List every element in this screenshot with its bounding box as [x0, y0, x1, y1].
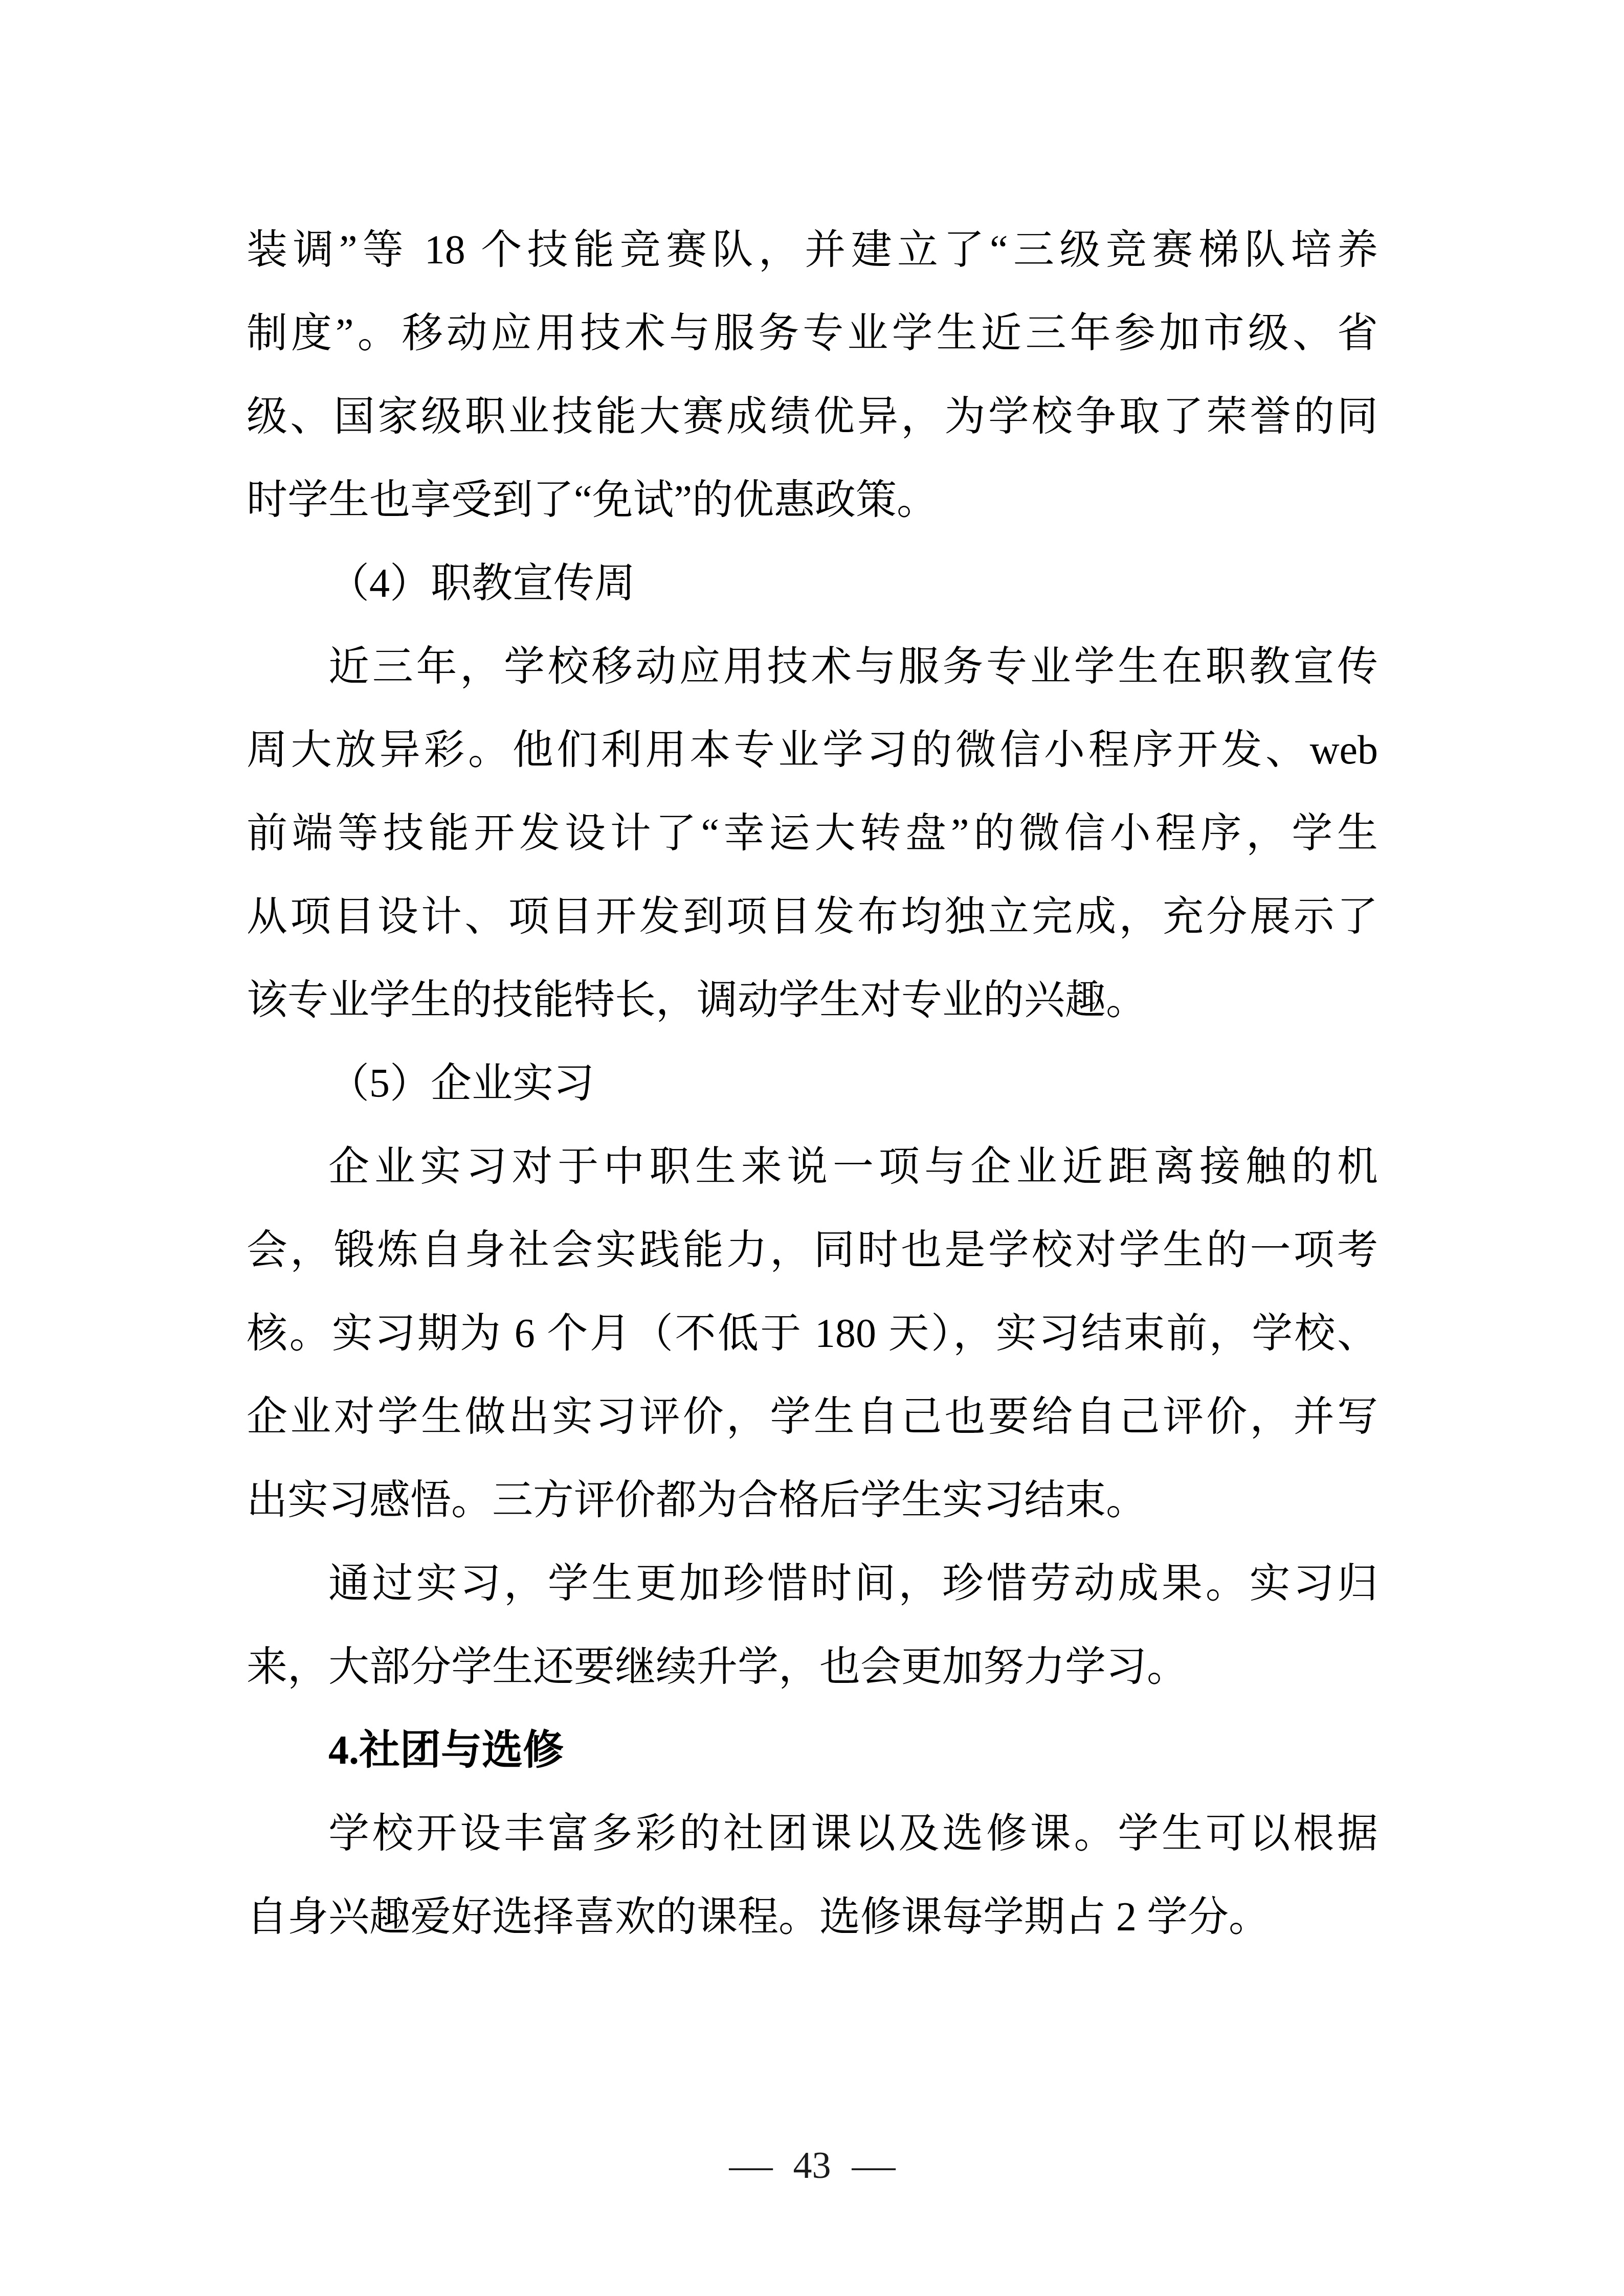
text-line: 时学生也享受到了“免试”的优惠政策。 — [247, 459, 1378, 542]
paragraph: 装调”等 18 个技能竞赛队，并建立了“三级竞赛梯队培养制度”。移动应用技术与服… — [247, 209, 1378, 542]
text-line: 会，锻炼自身社会实践能力，同时也是学校对学生的一项考 — [247, 1209, 1378, 1292]
text-line: 前端等技能开发设计了“幸运大转盘”的微信小程序，学生 — [247, 792, 1378, 875]
paragraph: 通过实习，学生更加珍惜时间，珍惜劳动成果。实习归来，大部分学生还要继续升学，也会… — [247, 1542, 1378, 1709]
page-footer: — 43 — — [0, 2137, 1624, 2194]
page-number: 43 — [793, 2137, 831, 2194]
text-line: 通过实习，学生更加珍惜时间，珍惜劳动成果。实习归 — [247, 1542, 1378, 1626]
text-line: 学校开设丰富多彩的社团课以及选修课。学生可以根据 — [247, 1792, 1378, 1876]
heading-line: 4.社团与选修 — [247, 1709, 1378, 1792]
footer-dash-left: — — [729, 2137, 772, 2194]
paragraph: （4）职教宣传周 — [247, 542, 1378, 625]
section-heading: 4.社团与选修 — [247, 1709, 1378, 1792]
text-line: 从项目设计、项目开发到项目发布均独立完成，充分展示了 — [247, 875, 1378, 959]
text-line: 装调”等 18 个技能竞赛队，并建立了“三级竞赛梯队培养 — [247, 209, 1378, 292]
text-line: 核。实习期为 6 个月（不低于 180 天），实习结束前，学校、 — [247, 1292, 1378, 1376]
page-body-text: 装调”等 18 个技能竞赛队，并建立了“三级竞赛梯队培养制度”。移动应用技术与服… — [247, 209, 1378, 1959]
text-line: 周大放异彩。他们利用本专业学习的微信小程序开发、web — [247, 709, 1378, 792]
text-line: 自身兴趣爱好选择喜欢的课程。选修课每学期占 2 学分。 — [247, 1876, 1378, 1959]
text-line: 企业实习对于中职生来说一项与企业近距离接触的机 — [247, 1126, 1378, 1209]
paragraph: 企业实习对于中职生来说一项与企业近距离接触的机会，锻炼自身社会实践能力，同时也是… — [247, 1126, 1378, 1542]
paragraph: （5）企业实习 — [247, 1042, 1378, 1126]
text-line: （4）职教宣传周 — [247, 542, 1378, 625]
paragraph: 近三年，学校移动应用技术与服务专业学生在职教宣传周大放异彩。他们利用本专业学习的… — [247, 625, 1378, 1042]
text-line: 来，大部分学生还要继续升学，也会更加努力学习。 — [247, 1626, 1378, 1709]
text-line: 出实习感悟。三方评价都为合格后学生实习结束。 — [247, 1459, 1378, 1542]
document-page: 装调”等 18 个技能竞赛队，并建立了“三级竞赛梯队培养制度”。移动应用技术与服… — [0, 0, 1624, 2296]
text-line: （5）企业实习 — [247, 1042, 1378, 1126]
text-line: 级、国家级职业技能大赛成绩优异，为学校争取了荣誉的同 — [247, 375, 1378, 459]
paragraph: 学校开设丰富多彩的社团课以及选修课。学生可以根据自身兴趣爱好选择喜欢的课程。选修… — [247, 1792, 1378, 1959]
footer-dash-right: — — [852, 2137, 895, 2194]
text-line: 企业对学生做出实习评价，学生自己也要给自己评价，并写 — [247, 1376, 1378, 1459]
text-line: 该专业学生的技能特长，调动学生对专业的兴趣。 — [247, 959, 1378, 1042]
text-line: 近三年，学校移动应用技术与服务专业学生在职教宣传 — [247, 625, 1378, 709]
text-line: 制度”。移动应用技术与服务专业学生近三年参加市级、省 — [247, 292, 1378, 375]
